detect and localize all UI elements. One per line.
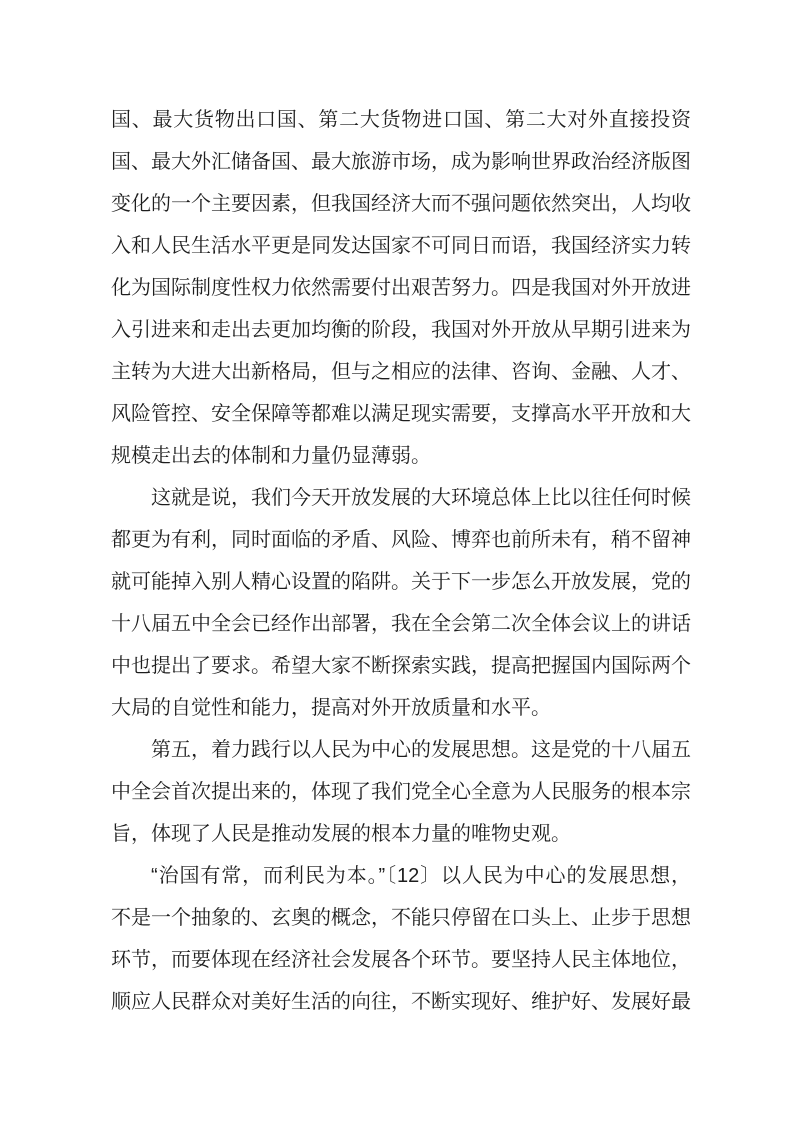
text-line: 这就是说，我们今天开放发展的大环境总体上比以往任何时候: [111, 477, 691, 519]
text-line: 国、最大货物出口国、第二大货物进口国、第二大对外直接投资: [111, 99, 691, 141]
text-line: 十八届五中全会已经作出部署，我在全会第二次全体会议上的讲话: [111, 603, 691, 645]
text-line: 大局的自觉性和能力，提高对外开放质量和水平。: [111, 687, 691, 729]
text-line: 第五，着力践行以人民为中心的发展思想。这是党的十八届五: [111, 729, 691, 771]
text-line: 旨，体现了人民是推动发展的根本力量的唯物史观。: [111, 813, 691, 855]
text-line: 中全会首次提出来的，体现了我们党全心全意为人民服务的根本宗: [111, 771, 691, 813]
paragraph-3: 第五，着力践行以人民为中心的发展思想。这是党的十八届五中全会首次提出来的，体现了…: [111, 729, 691, 855]
paragraph-2: 这就是说，我们今天开放发展的大环境总体上比以往任何时候都更为有利，同时面临的矛盾…: [111, 477, 691, 729]
text-line: 国、最大外汇储备国、最大旅游市场，成为影响世界政治经济版图: [111, 141, 691, 183]
text-line: 主转为大进大出新格局，但与之相应的法律、咨询、金融、人才、: [111, 351, 691, 393]
text-line: 入和人民生活水平更是同发达国家不可同日而语，我国经济实力转: [111, 225, 691, 267]
text-line: 都更为有利，同时面临的矛盾、风险、博弈也前所未有，稍不留神: [111, 519, 691, 561]
text-line: 不是一个抽象的、玄奥的概念，不能只停留在口头上、止步于思想: [111, 897, 691, 939]
text-block: 国、最大货物出口国、第二大货物进口国、第二大对外直接投资国、最大外汇储备国、最大…: [111, 99, 691, 1023]
document-page: 国、最大货物出口国、第二大货物进口国、第二大对外直接投资国、最大外汇储备国、最大…: [0, 0, 800, 1130]
text-line: 环节，而要体现在经济社会发展各个环节。要坚持人民主体地位，: [111, 939, 691, 981]
text-line: 中也提出了要求。希望大家不断探索实践，提高把握国内国际两个: [111, 645, 691, 687]
text-line: 变化的一个主要因素，但我国经济大而不强问题依然突出，人均收: [111, 183, 691, 225]
paragraph-4: “治国有常，而利民为本。”〔12〕以人民为中心的发展思想，不是一个抽象的、玄奥的…: [111, 855, 691, 1023]
text-line: 规模走出去的体制和力量仍显薄弱。: [111, 435, 691, 477]
paragraph-1: 国、最大货物出口国、第二大货物进口国、第二大对外直接投资国、最大外汇储备国、最大…: [111, 99, 691, 477]
text-line: 顺应人民群众对美好生活的向往，不断实现好、维护好、发展好最: [111, 981, 691, 1023]
text-line: “治国有常，而利民为本。”〔12〕以人民为中心的发展思想，: [111, 855, 691, 897]
text-line: 风险管控、安全保障等都难以满足现实需要，支撑高水平开放和大: [111, 393, 691, 435]
text-line: 就可能掉入别人精心设置的陷阱。关于下一步怎么开放发展，党的: [111, 561, 691, 603]
text-line: 入引进来和走出去更加均衡的阶段，我国对外开放从早期引进来为: [111, 309, 691, 351]
text-line: 化为国际制度性权力依然需要付出艰苦努力。四是我国对外开放进: [111, 267, 691, 309]
